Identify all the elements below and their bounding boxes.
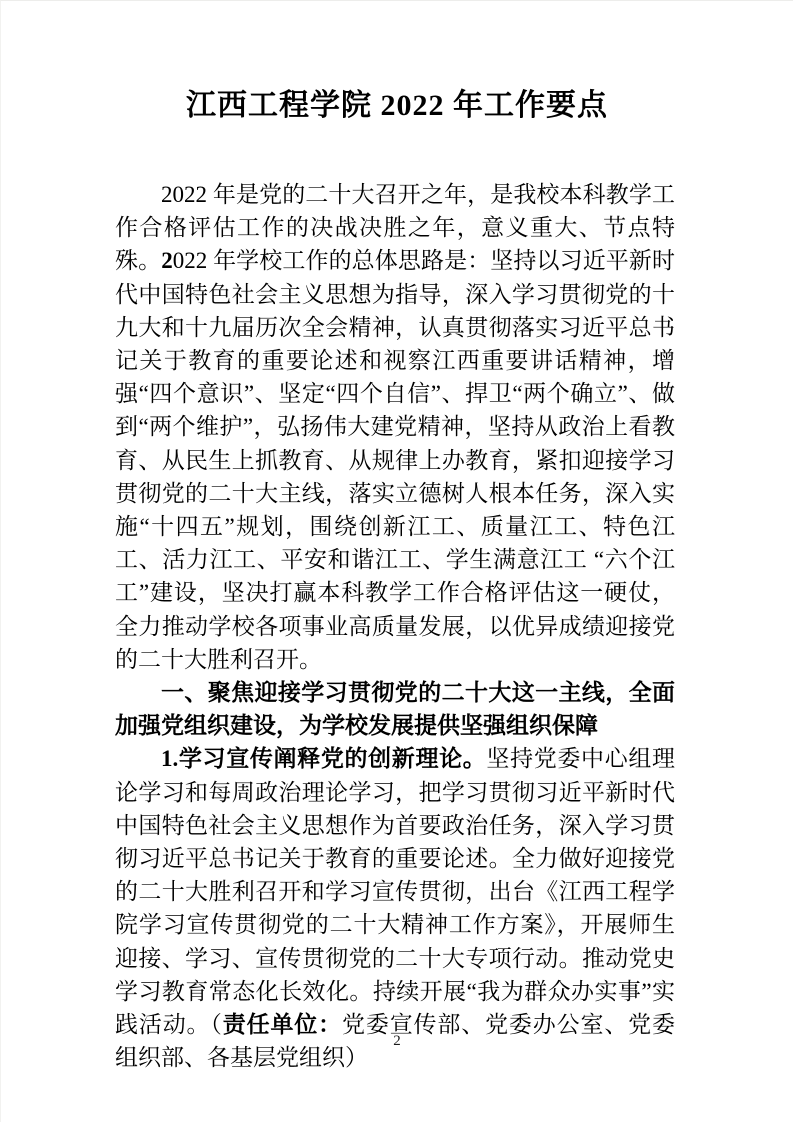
document-page: 江西工程学院 2022 年工作要点 2022 年是党的二十大召开之年，是我校本科… bbox=[0, 0, 793, 1122]
text-segment: 022 年学校工作的总体思路是：坚持以习近平新时代中国特色社会主义思想为指导，深… bbox=[115, 248, 675, 671]
document-body: 2022 年是党的二十大召开之年，是我校本科教学工作合格评估工作的决战决胜之年，… bbox=[115, 178, 675, 1074]
bold-text-segment: 一、聚焦迎接学习贯彻党的二十大这一主线，全面加强党组织建设，为学校发展提供坚强组… bbox=[115, 679, 675, 738]
document-title: 江西工程学院 2022 年工作要点 bbox=[1, 85, 793, 127]
page-number: 2 bbox=[393, 1033, 401, 1049]
bold-text-segment: 1.学习宣传阐释党的创新理论。 bbox=[161, 746, 486, 771]
section-heading-1: 一、聚焦迎接学习贯彻党的二十大这一主线，全面加强党组织建设，为学校发展提供坚强组… bbox=[115, 676, 675, 742]
page-footer: 2 bbox=[1, 1032, 793, 1050]
item-1-paragraph: 1.学习宣传阐释党的创新理论。坚持党委中心组理论学习和每周政治理论学习，把学习贯… bbox=[115, 742, 675, 1074]
bold-text-segment: 2 bbox=[161, 248, 173, 273]
intro-paragraph: 2022 年是党的二十大召开之年，是我校本科教学工作合格评估工作的决战决胜之年，… bbox=[115, 178, 675, 676]
text-segment: 坚持党委中心组理论学习和每周政治理论学习，把学习贯彻习近平新时代中国特色社会主义… bbox=[115, 746, 675, 1037]
